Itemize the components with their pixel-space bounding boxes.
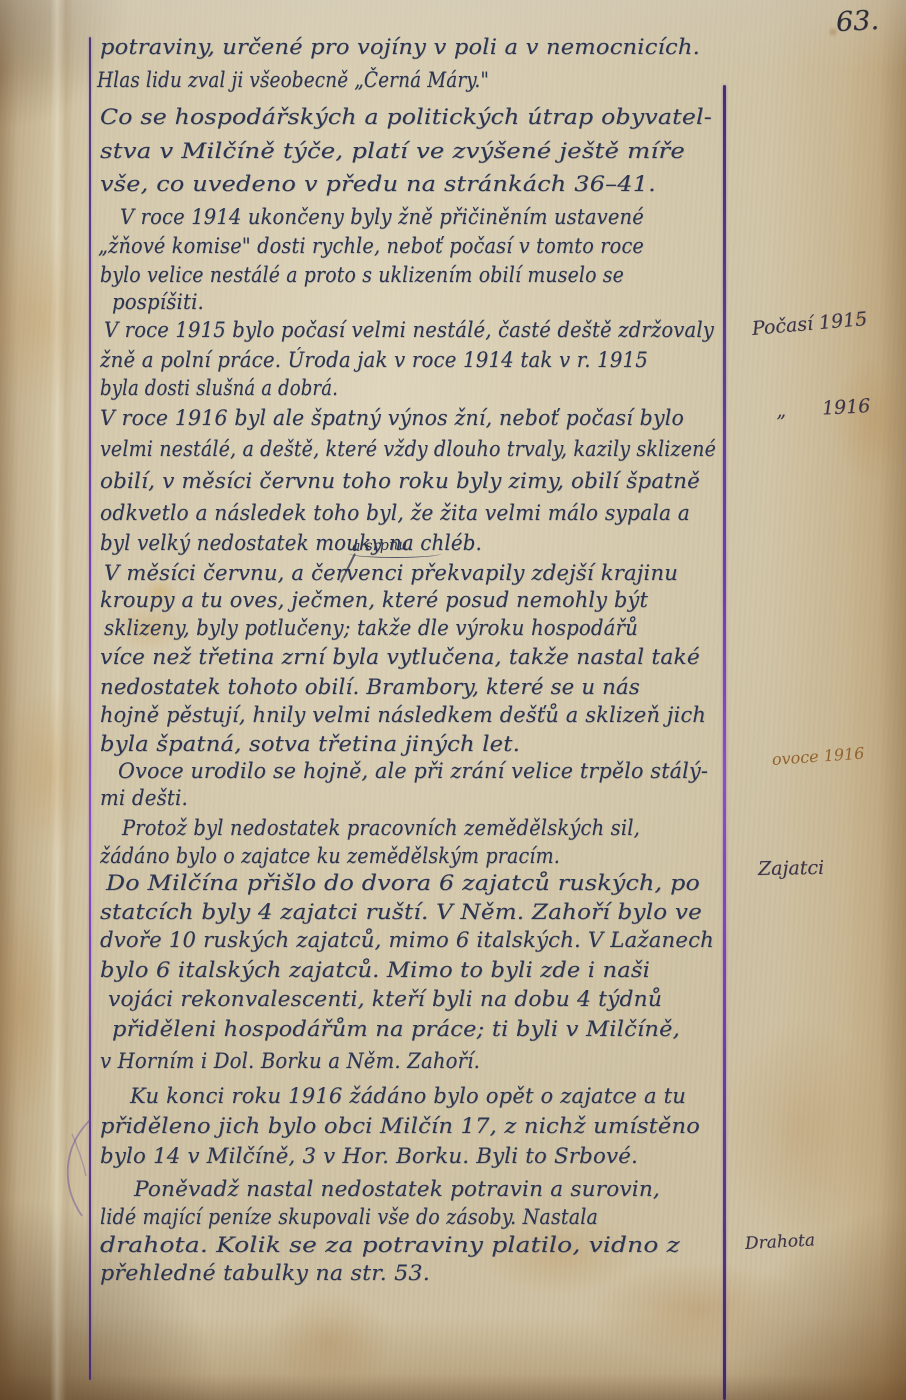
handwritten-line: Poněvadž nastal nedostatek potravin a su… (134, 1176, 660, 1202)
handwritten-line: odkvetlo a následek toho byl, že žita ve… (100, 500, 690, 526)
margin-note-drahota: Drahota (744, 1230, 815, 1254)
margin-note-pocasi-1915: Počasí 1915 (751, 308, 868, 340)
handwritten-line: V měsíci červnu, a červenci překvapily z… (104, 560, 678, 586)
handwritten-line: žádáno bylo o zajatce ku zemědělským pra… (100, 843, 560, 869)
handwritten-line: Ovoce urodilo se hojně, ale při zrání ve… (118, 758, 708, 784)
handwritten-line: mi dešti. (100, 785, 188, 811)
handwritten-line: v Horním i Dol. Borku a Něm. Zahoří. (100, 1048, 480, 1074)
handwritten-line: přiděleno jich bylo obci Milčín 17, z ni… (100, 1113, 700, 1139)
handwritten-line: bylo velice nestálé a proto s uklizením … (100, 262, 624, 288)
handwritten-line: V roce 1914 ukončeny byly žně přičiněním… (120, 204, 644, 230)
handwritten-line: žně a polní práce. Úroda jak v roce 1914… (100, 347, 648, 373)
handwritten-line: „žňové komise" dosti rychle, neboť počas… (98, 233, 644, 259)
margin-note-zajatci: Zajatci (758, 857, 824, 880)
handwritten-line: hojně pěstují, hnily velmi následkem deš… (100, 702, 706, 728)
handwritten-line: nedostatek tohoto obilí. Brambory, které… (100, 674, 640, 700)
handwritten-line: V roce 1915 bylo počasí velmi nestálé, č… (104, 317, 714, 343)
margin-rule-right (723, 85, 726, 1400)
handwritten-line: Co se hospodářských a politických útrap … (100, 104, 712, 130)
handwritten-line: kroupy a tu oves, ječmen, které posud ne… (100, 587, 648, 613)
handwritten-line: V roce 1916 byl ale špatný výnos žní, ne… (100, 405, 684, 431)
handwritten-line: dvoře 10 ruských zajatců, mimo 6 italský… (100, 927, 714, 953)
handwritten-line: vše, co uvedeno v předu na stránkách 36–… (100, 171, 656, 197)
handwritten-line: bylo 14 v Milčíně, 3 v Hor. Borku. Byli … (100, 1143, 638, 1169)
handwritten-line: obilí, v měsíci červnu toho roku byly zi… (100, 468, 700, 494)
handwritten-line: Hlas lidu zval ji všeobecně „Černá Máry.… (97, 67, 489, 93)
handwritten-line: Protož byl nedostatek pracovních zeměděl… (122, 815, 640, 841)
handwritten-line: přehledné tabulky na str. 53. (100, 1260, 430, 1286)
handwritten-line: Ku konci roku 1916 žádáno bylo opět o za… (130, 1083, 686, 1109)
handwritten-line: sklizeny, byly potlučeny; takže dle výro… (104, 615, 638, 641)
handwritten-line: přiděleni hospodářům na práce; ti byli v… (112, 1016, 680, 1042)
margin-note-1916: „ 1916 (775, 395, 870, 422)
handwritten-line: lidé mající peníze skupovali vše do záso… (100, 1204, 598, 1230)
handwritten-line: stva v Milčíně týče, platí ve zvýšené je… (100, 138, 685, 164)
insertion-underline (349, 549, 441, 558)
handwritten-line: byla špatná, sotva třetina jiných let. (100, 731, 520, 757)
pen-stroke-mark (50, 1118, 98, 1223)
margin-note-ovoce-1916: ovoce 1916 (771, 744, 865, 769)
handwritten-line: vojáci rekonvalescenti, kteří byli na do… (108, 986, 662, 1012)
chronicle-page: 63. potraviny, určené pro vojíny v poli … (0, 0, 906, 1400)
handwritten-line: velmi nestálé, a deště, které vždy dlouh… (100, 436, 716, 462)
handwritten-line: více než třetina zrní byla vytlučena, ta… (100, 644, 700, 670)
handwritten-line: bylo 6 italských zajatců. Mimo to byli z… (100, 957, 650, 983)
handwritten-line: pospíšiti. (112, 289, 204, 315)
handwritten-line: byla dosti slušná a dobrá. (100, 375, 338, 401)
handwritten-line: Do Milčína přišlo do dvora 6 zajatců rus… (106, 870, 700, 896)
page-number: 63. (835, 5, 880, 38)
handwritten-line: statcích byly 4 zajatci ruští. V Něm. Za… (100, 899, 702, 925)
handwritten-line: potraviny, určené pro vojíny v poli a v … (100, 34, 700, 60)
handwritten-line: drahota. Kolik se za potraviny platilo, … (100, 1232, 680, 1258)
